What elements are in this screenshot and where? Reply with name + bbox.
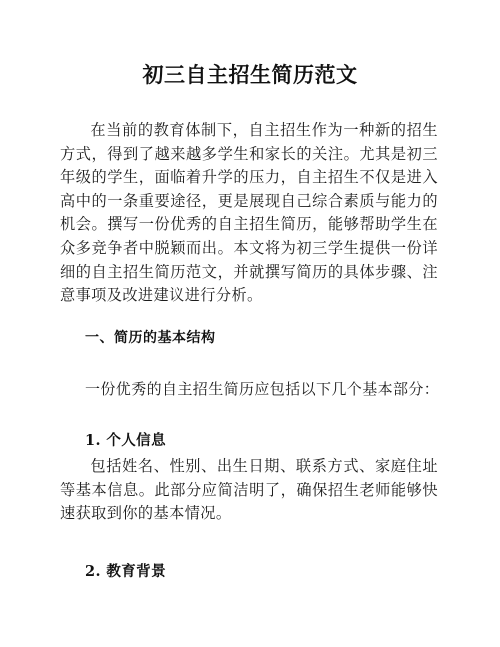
document-page: 初三自主招生简历范文 在当前的教育体制下，自主招生作为一种新的招生方式，得到了越… — [0, 0, 500, 647]
personal-info-paragraph: 包括姓名、性别、出生日期、联系方式、家庭住址等基本信息。此部分应简洁明了，确保招… — [60, 455, 438, 526]
document-title: 初三自主招生简历范文 — [0, 61, 500, 89]
subheading-personal-info: 1. 个人信息 — [85, 431, 166, 451]
intro-paragraph: 在当前的教育体制下，自主招生作为一种新的招生方式，得到了越来越多学生和家长的关注… — [60, 119, 438, 308]
section-lead-text: 一份优秀的自主招生简历应包括以下几个基本部分： — [85, 379, 439, 399]
section-heading-structure: 一、简历的基本结构 — [85, 328, 216, 348]
subheading-education-background: 2. 教育背景 — [85, 562, 166, 582]
